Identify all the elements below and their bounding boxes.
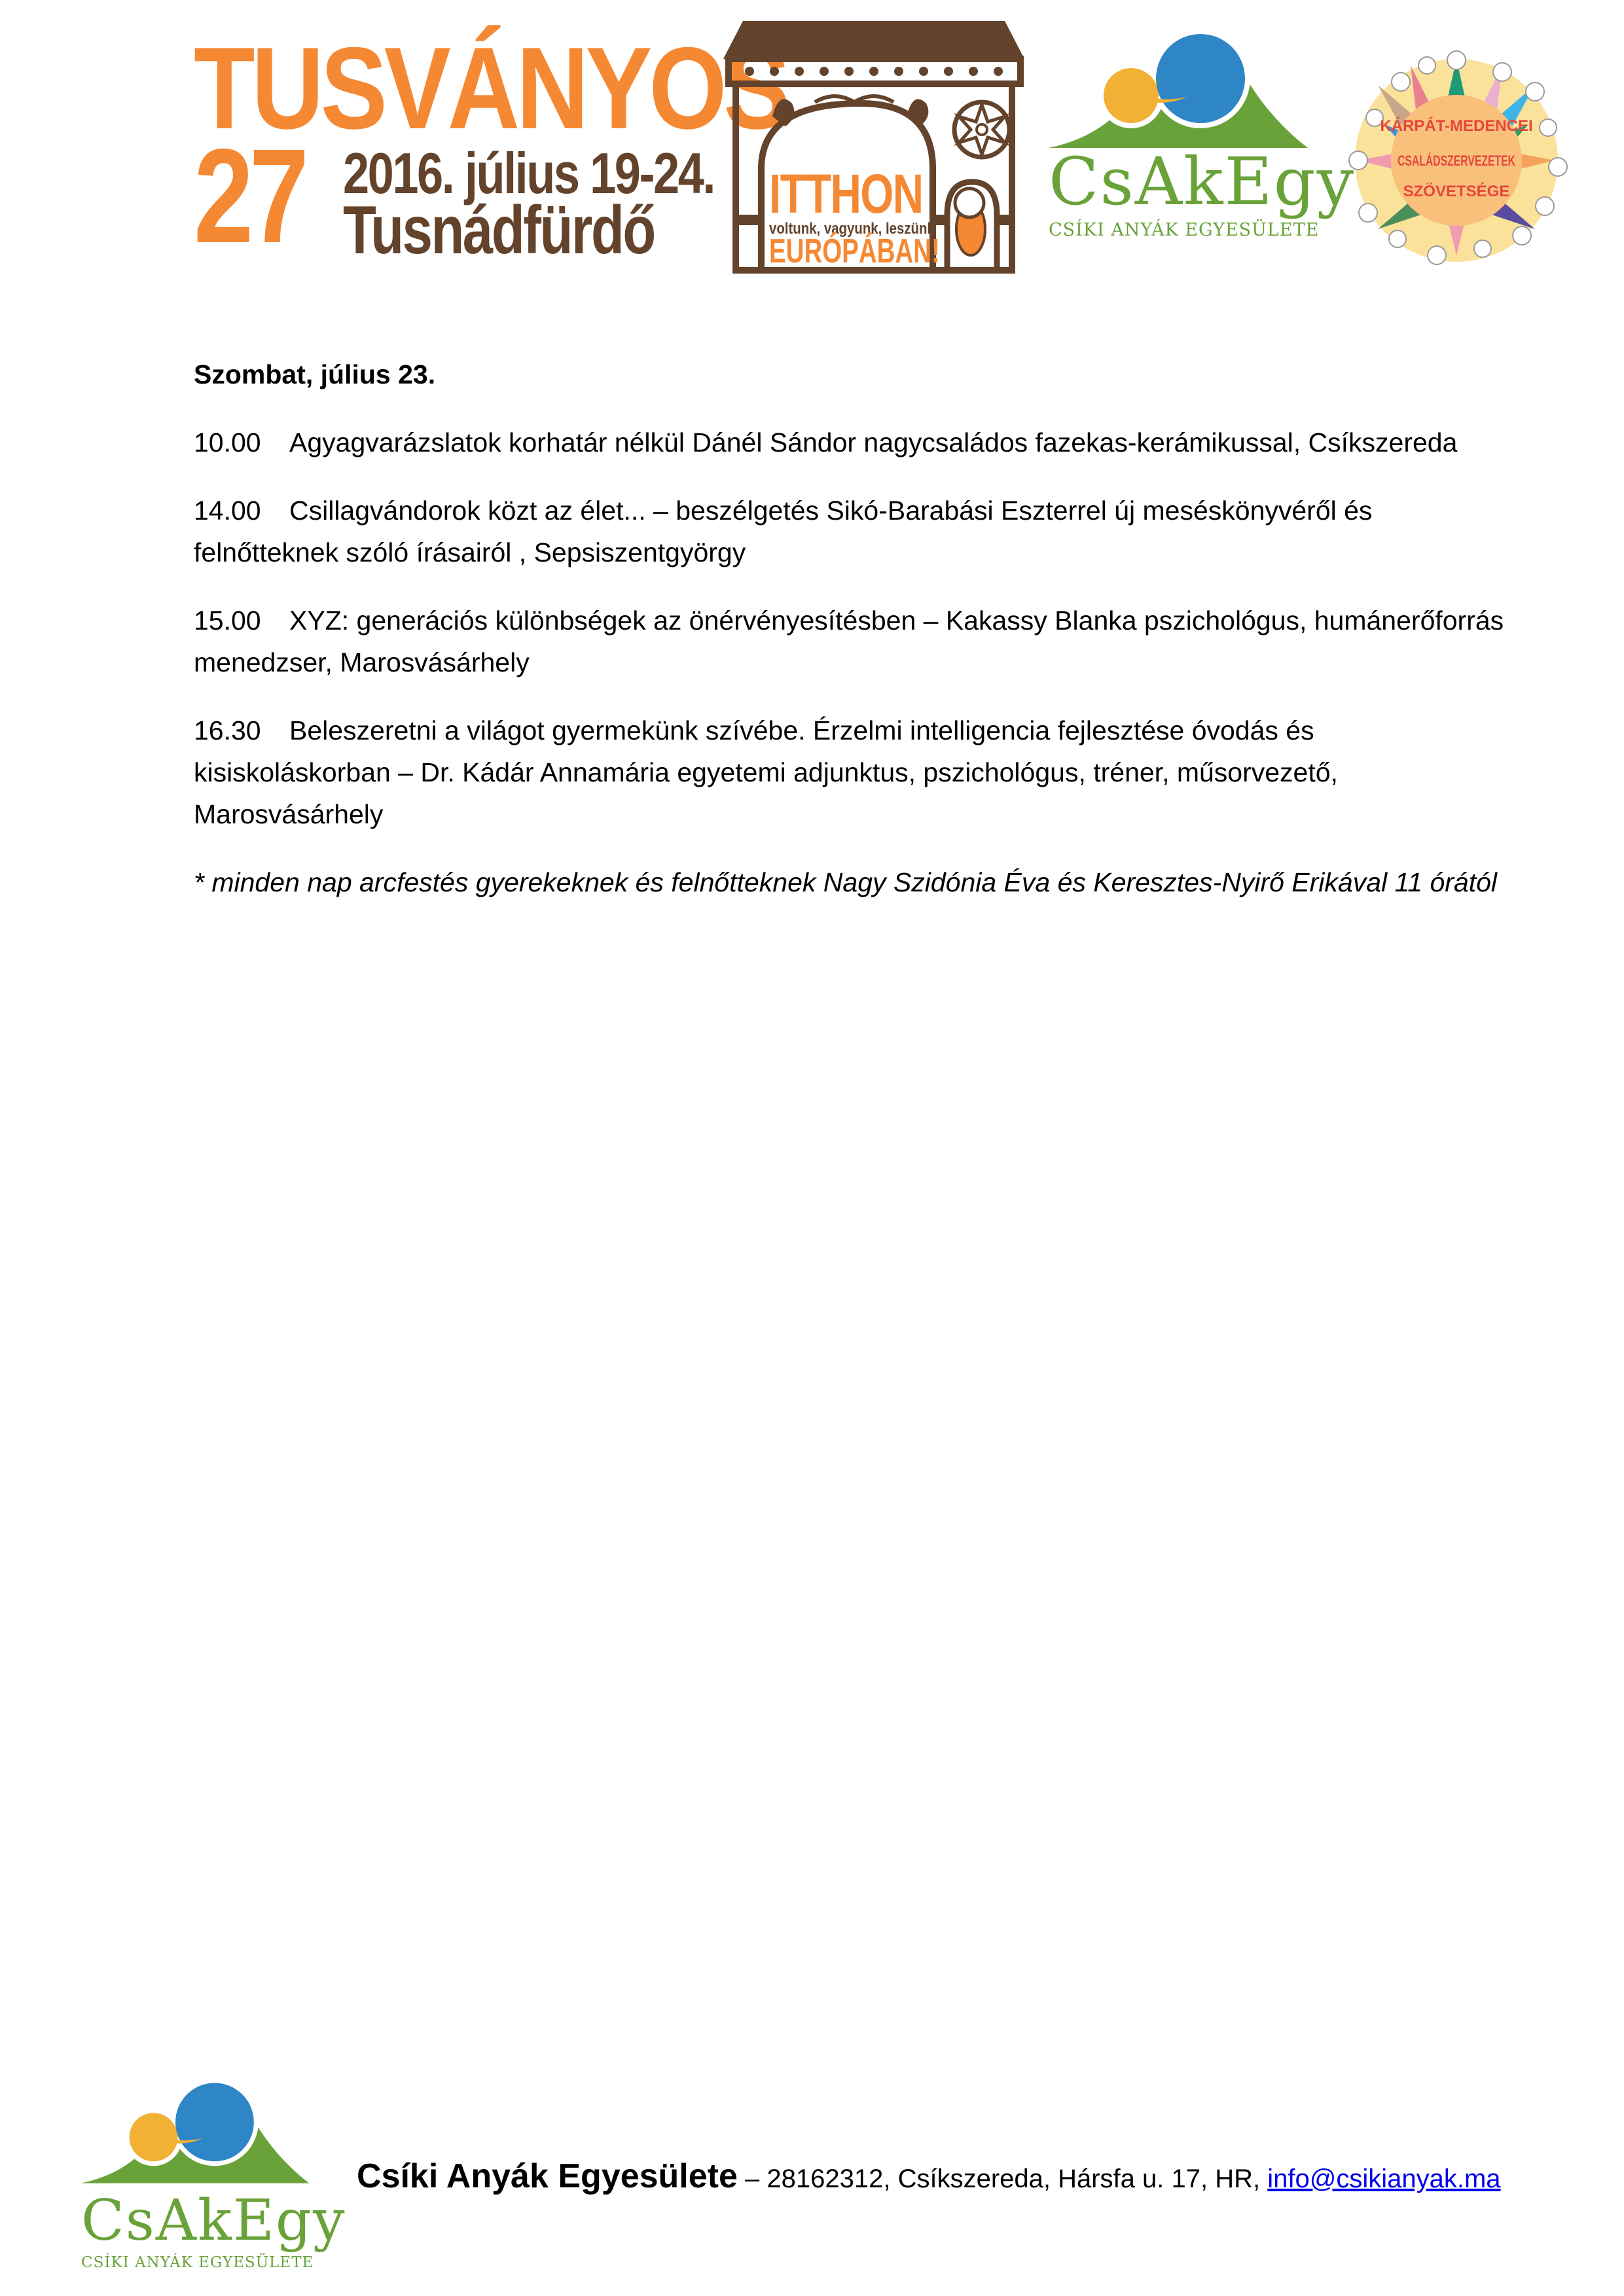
tusvanyos-logo: TUSVÁNYOS 27 2016. július 19-24. Tusnádf… — [194, 39, 704, 268]
event-time: 16.30 — [194, 709, 289, 751]
event-time: 10.00 — [194, 422, 289, 463]
tusvanyos-date: 2016. július 19-24. — [343, 147, 714, 200]
karpat-line3: SZÖVETSÉGE — [1403, 182, 1510, 200]
footer-email-link[interactable]: info@csikianyak.ma — [1267, 2164, 1500, 2193]
karpat-line2: CSALÁDSZERVEZETEK — [1398, 152, 1515, 169]
footer-details: – 28162312, Csíkszereda, Hársfa u. 17, H… — [738, 2164, 1267, 2193]
footer-csakegy-logo: CsAkEgy CSÍKI ANYÁK EGYESÜLETE — [79, 2081, 321, 2278]
footer-logo-name: CsAkEgy — [81, 2193, 346, 2249]
karpat-line1: KÁRPÁT-MEDENCEI — [1380, 117, 1532, 135]
footer-contact: Csíki Anyák Egyesülete – 28162312, Csíks… — [357, 2153, 1501, 2202]
csakegy-name: CsAkEgy — [1049, 149, 1355, 215]
footer-org-name: Csíki Anyák Egyesülete — [357, 2157, 738, 2195]
mountain-sun-icon — [1046, 33, 1321, 151]
program-content: Szombat, július 23. 10.00Agyagvarázslato… — [194, 353, 1516, 903]
itthon-logo: ITTHON voltunk, vagyunk, leszünk EURÓPÁB… — [717, 18, 1031, 280]
event-time: 15.00 — [194, 600, 289, 641]
event-item: 15.00XYZ: generációs különbségek az önér… — [194, 600, 1516, 683]
tusvanyos-place: Tusnádfürdő — [343, 200, 655, 262]
face-painting-note: * minden nap arcfestés gyerekeknek és fe… — [194, 861, 1516, 903]
event-item: 16.30Beleszeretni a világot gyermekünk s… — [194, 709, 1516, 835]
day-heading: Szombat, július 23. — [194, 353, 1516, 395]
event-time: 14.00 — [194, 490, 289, 531]
itthon-subtitle: EURÓPÁBAN! — [769, 234, 940, 268]
mountain-sun-icon — [79, 2081, 321, 2186]
itthon-title: ITTHON — [769, 168, 922, 220]
event-text: XYZ: generációs különbségek az önérvénye… — [194, 605, 1504, 677]
event-text: Csillagvándorok közt az élet... – beszél… — [194, 495, 1372, 567]
event-text: Agyagvarázslatok korhatár nélkül Dánél S… — [289, 427, 1457, 457]
children-circle-icon: KÁRPÁT-MEDENCEI CSALÁDSZERVEZETEK SZÖVET… — [1345, 46, 1568, 268]
footer-logo-subtitle: CSÍKI ANYÁK EGYESÜLETE — [81, 2254, 314, 2271]
csakegy-logo: CsAkEgy CSÍKI ANYÁK EGYESÜLETE — [1046, 33, 1321, 249]
event-text: Beleszeretni a világot gyermekünk szívéb… — [194, 715, 1338, 829]
karpat-medencei-logo: KÁRPÁT-MEDENCEI CSALÁDSZERVEZETEK SZÖVET… — [1345, 46, 1568, 268]
event-item: 10.00Agyagvarázslatok korhatár nélkül Dá… — [194, 422, 1516, 463]
event-item: 14.00Csillagvándorok közt az élet... – b… — [194, 490, 1516, 573]
header-logos: TUSVÁNYOS 27 2016. július 19-24. Tusnádf… — [0, 0, 1624, 295]
tusvanyos-number: 27 — [194, 137, 305, 255]
csakegy-subtitle: CSÍKI ANYÁK EGYESÜLETE — [1049, 221, 1319, 240]
